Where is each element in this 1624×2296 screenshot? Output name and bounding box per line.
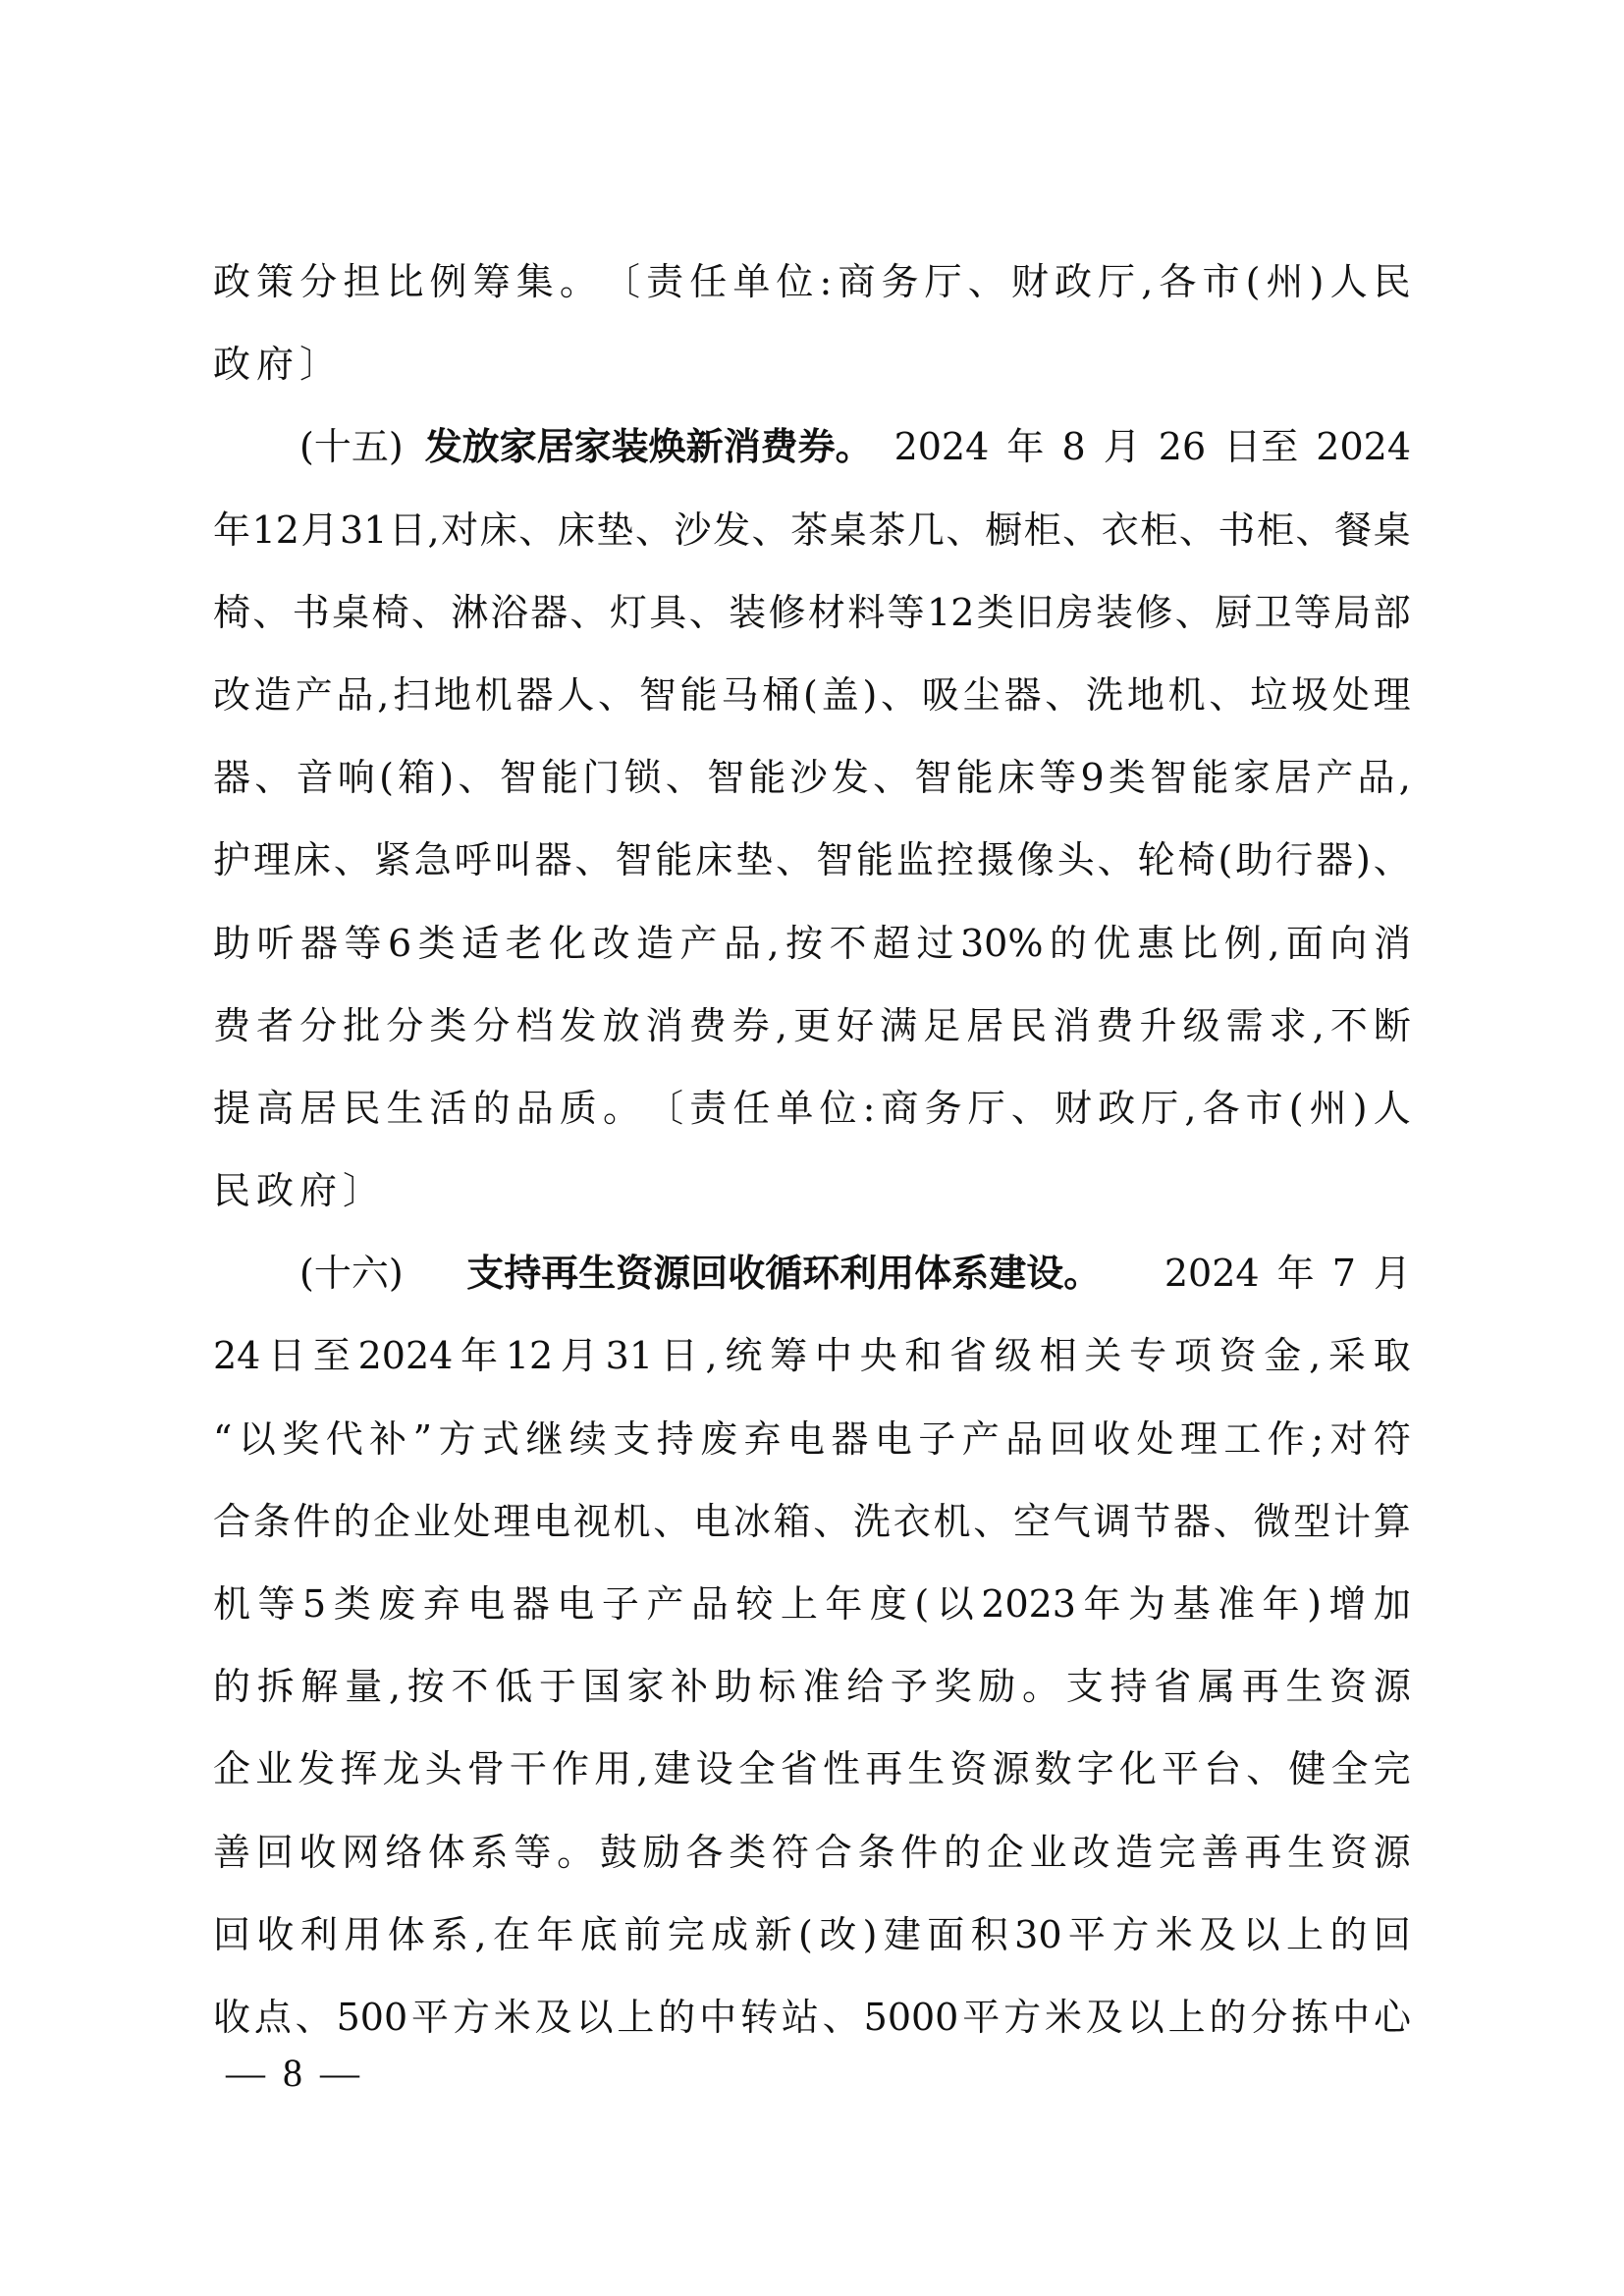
heading-title: 发放家居家装焕新消费券。 — [425, 405, 873, 488]
text-line: 的拆解量,按不低于国家补助标准给予奖励。支持省属再生资源 — [213, 1645, 1411, 1728]
heading-text: 2024 年 8 月 26 日至 2024 — [894, 405, 1411, 488]
text-line: 提高居民生活的品质。〔责任单位:商务厅、财政厅,各市(州)人 — [213, 1067, 1411, 1149]
heading-title: 支持再生资源回收循环利用体系建设。 — [466, 1232, 1101, 1314]
text-line: 政府〕 — [213, 323, 1411, 405]
text-line: 护理床、紧急呼叫器、智能床垫、智能监控摄像头、轮椅(助行器)、 — [213, 819, 1411, 901]
section-heading-16: (十六) 支持再生资源回收循环利用体系建设。 2024 年 7 月 — [213, 1232, 1411, 1314]
text-line: 助听器等6类适老化改造产品,按不超过30%的优惠比例,面向消 — [213, 902, 1411, 985]
heading-number: (十六) — [299, 1232, 404, 1314]
text-line: “以奖代补”方式继续支持废弃电器电子产品回收处理工作;对符 — [213, 1398, 1411, 1480]
text-line: 企业发挥龙头骨干作用,建设全省性再生资源数字化平台、健全完 — [213, 1728, 1411, 1810]
text-line: 收点、500平方米及以上的中转站、5000平方米及以上的分拣中心 — [213, 1976, 1411, 2058]
heading-number: (十五) — [299, 405, 404, 488]
text-line: 费者分批分类分档发放消费券,更好满足居民消费升级需求,不断 — [213, 985, 1411, 1067]
text-line: 年12月31日,对床、床垫、沙发、茶桌茶几、橱柜、衣柜、书柜、餐桌 — [213, 489, 1411, 571]
text-line: 政策分担比例筹集。〔责任单位:商务厅、财政厅,各市(州)人民 — [213, 240, 1411, 323]
document-page: 政策分担比例筹集。〔责任单位:商务厅、财政厅,各市(州)人民 政府〕 (十五) … — [0, 0, 1624, 2296]
text-line: 善回收网络体系等。鼓励各类符合条件的企业改造完善再生资源 — [213, 1811, 1411, 1894]
text-line: 合条件的企业处理电视机、电冰箱、洗衣机、空气调节器、微型计算 — [213, 1480, 1411, 1563]
text-line: 回收利用体系,在年底前完成新(改)建面积30平方米及以上的回 — [213, 1894, 1411, 1976]
document-body: 政策分担比例筹集。〔责任单位:商务厅、财政厅,各市(州)人民 政府〕 (十五) … — [213, 240, 1411, 2058]
text-line: 24日至2024年12月31日,统筹中央和省级相关专项资金,采取 — [213, 1314, 1411, 1397]
text-line: 机等5类废弃电器电子产品较上年度(以2023年为基准年)增加 — [213, 1563, 1411, 1645]
section-heading-15: (十五) 发放家居家装焕新消费券。 2024 年 8 月 26 日至 2024 — [213, 405, 1411, 488]
text-line: 椅、书桌椅、淋浴器、灯具、装修材料等12类旧房装修、厨卫等局部 — [213, 571, 1411, 654]
text-line: 器、音响(箱)、智能门锁、智能沙发、智能床等9类智能家居产品, — [213, 736, 1411, 819]
text-line: 改造产品,扫地机器人、智能马桶(盖)、吸尘器、洗地机、垃圾处理 — [213, 654, 1411, 736]
page-number: — 8 — — [226, 2050, 363, 2096]
heading-text: 2024 年 7 月 — [1164, 1232, 1411, 1314]
text-line: 民政府〕 — [213, 1149, 1411, 1232]
